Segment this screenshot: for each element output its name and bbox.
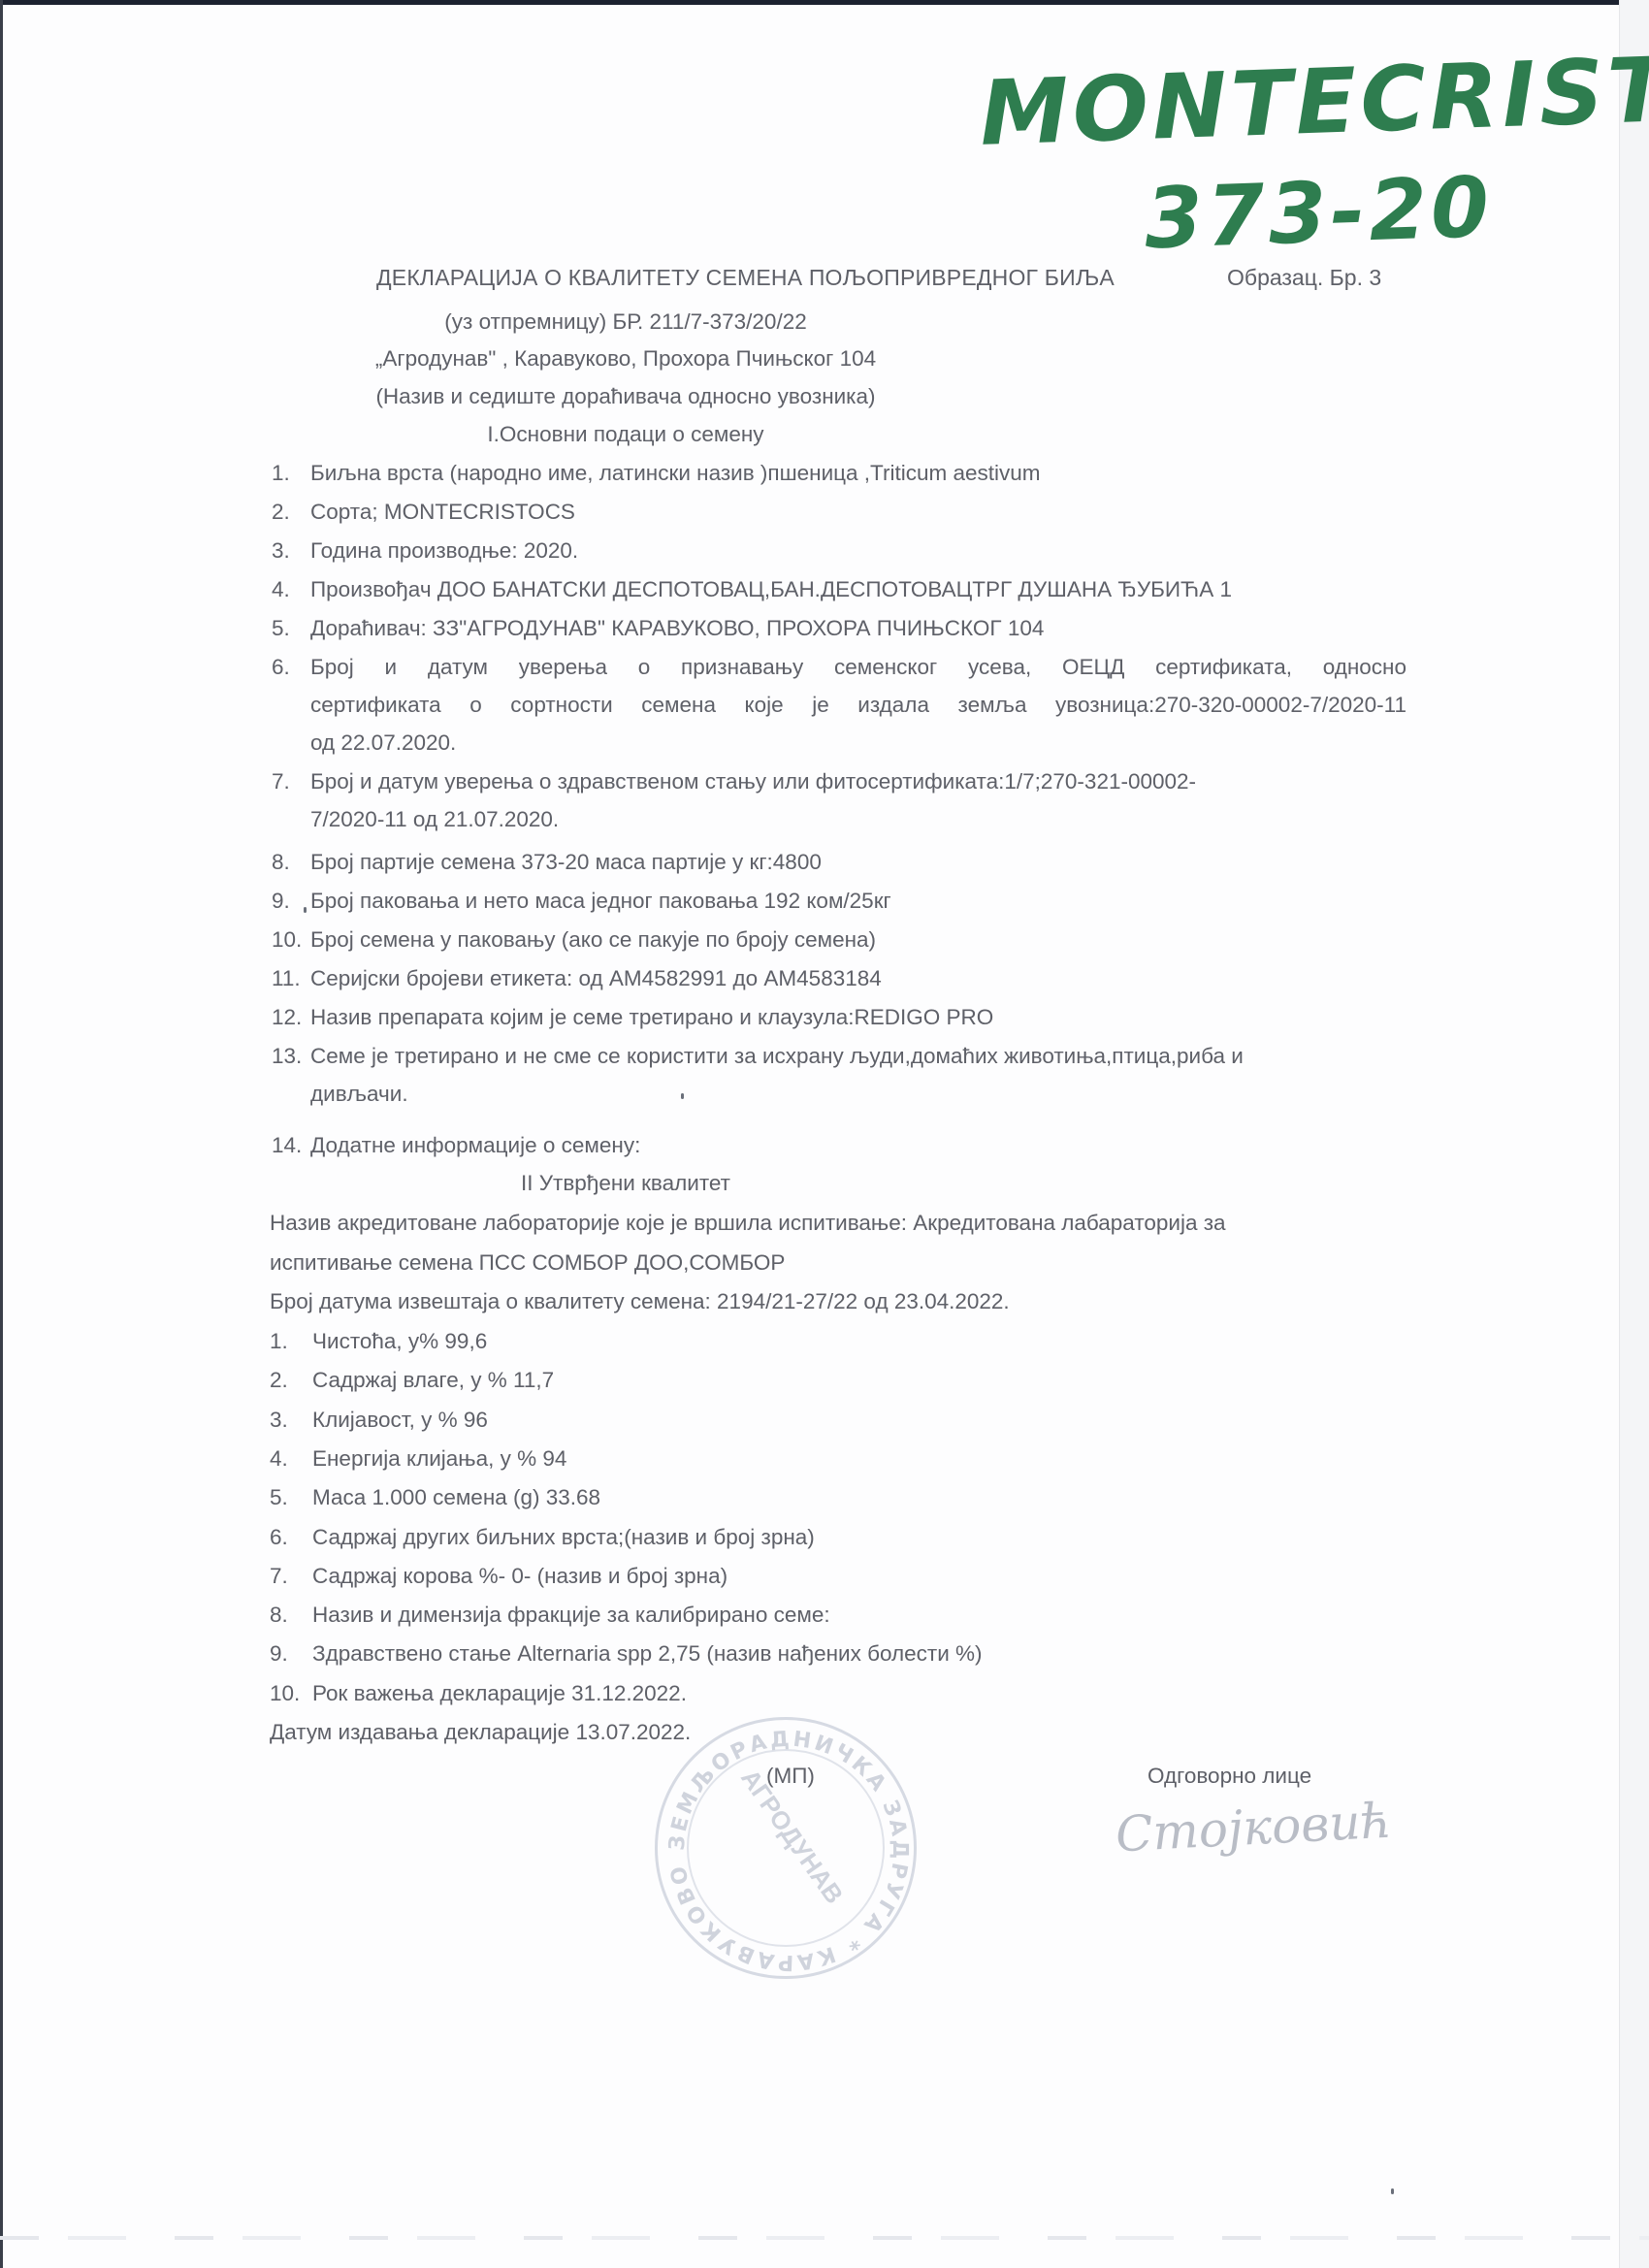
responsible-person-label: Одговорно лице (1148, 1766, 1311, 1788)
quality-item-text: Рок важења декларације 31.12.2022. (312, 1683, 687, 1705)
scan-edge-top (0, 0, 1649, 5)
section1-item-text: Сорта; MONTECRISTOCS (310, 502, 575, 524)
quality-item-number: 7. (270, 1566, 288, 1588)
section1-item-number: 9. (272, 891, 290, 913)
quality-item-text: Садржај влаге, у % 11,7 (312, 1370, 554, 1392)
shipment-reference: (уз отпремницу) БР. 211/7-373/20/22 (0, 311, 1251, 334)
section1-item-text: Семе је третирано и не сме се користити … (310, 1046, 1244, 1068)
section1-item-number: 7. (272, 771, 290, 794)
form-number: Образац. Бр. 3 (1227, 267, 1381, 289)
scan-speck (304, 907, 307, 913)
quality-item-number: 3. (270, 1409, 288, 1432)
section1-item-number: 5. (272, 618, 290, 640)
section1-item-number: 6. (272, 657, 290, 679)
section1-item-number: 11. (272, 968, 301, 990)
section1-item-number: 1. (272, 463, 290, 485)
scan-speck (1391, 2188, 1394, 2194)
scan-noise (0, 2236, 1649, 2240)
section2-title: II Утврђени квалитет (0, 1173, 1251, 1195)
seal-label: (МП) (766, 1766, 815, 1788)
section1-item-text: сертификата о сортности семена које је и… (310, 695, 1406, 717)
section1-item-text: Произвођач ДОО БАНАТСКИ ДЕСПОТОВАЦ,БАН.Д… (310, 579, 1232, 601)
quality-item-number: 2. (270, 1370, 288, 1392)
quality-item-number: 9. (270, 1643, 288, 1666)
section1-item-number: 2. (272, 502, 290, 524)
quality-item-number: 8. (270, 1604, 288, 1627)
quality-item-text: Енергија клијања, у % 94 (312, 1448, 566, 1471)
quality-item-text: Маса 1.000 семена (g) 33.68 (312, 1487, 600, 1509)
company-caption: (Назив и седиште дораћивача односно увоз… (0, 386, 1251, 408)
handwritten-variety-note: MONTECRISTO (978, 35, 1649, 166)
quality-item-text: Чистоћа, у% 99,6 (312, 1331, 487, 1353)
lab-name-line2: испитивање семена ПСС СОМБОР ДОО,СОМБОР (270, 1252, 785, 1275)
quality-item-number: 1. (270, 1331, 288, 1353)
quality-item-number: 5. (270, 1487, 288, 1509)
section1-item-number: 3. (272, 540, 290, 563)
section1-item-text: Година производње: 2020. (310, 540, 578, 563)
section1-item-text: Дораћивач: ЗЗ"АГРОДУНАВ" КАРАВУКОВО, ПРО… (310, 618, 1044, 640)
issue-date: Датум издавања декларације 13.07.2022. (270, 1722, 691, 1744)
signature: Стојковић (1115, 1793, 1393, 1863)
report-number: Број датума извештаја о квалитету семена… (270, 1291, 1010, 1313)
quality-item-number: 10. (270, 1683, 300, 1705)
section1-item-text: Број партије семена 373-20 маса партије … (310, 852, 822, 874)
section1-item-number: 10. (272, 929, 302, 952)
quality-item-text: Назив и димензија фракције за калибриран… (312, 1604, 830, 1627)
section1-item-text: Додатне информације о семену: (310, 1135, 640, 1157)
quality-item-text: Здравствено стање Alternaria spp 2,75 (н… (312, 1643, 983, 1666)
quality-item-text: Садржај корова %- 0- (назив и број зрна) (312, 1566, 727, 1588)
quality-item-text: Садржај других биљних врста;(назив и бро… (312, 1527, 815, 1549)
section1-item-text: Серијски бројеви етикета: од АМ4582991 д… (310, 968, 882, 990)
section1-item-text: Број и датум уверења о признавању семенс… (310, 657, 1406, 679)
scan-edge-left (0, 0, 3, 2268)
lab-name-line1: Назив акредитоване лабораторије које је … (270, 1213, 1226, 1235)
section1-item-text: дивљачи. (310, 1084, 408, 1106)
document-title: ДЕКЛАРАЦИЈА О КВАЛИТЕТУ СЕМЕНА ПОЉОПРИВР… (376, 267, 1115, 289)
scan-edge-right (1619, 0, 1649, 2268)
section1-item-text: 7/2020-11 од 21.07.2020. (310, 809, 559, 831)
section1-item-number: 8. (272, 852, 290, 874)
section1-item-text: Назив препарата којим је семе третирано … (310, 1007, 993, 1029)
section1-item-text: Биљна врста (народно име, латински назив… (310, 463, 1041, 485)
scan-speck (681, 1093, 684, 1099)
section1-item-text: од 22.07.2020. (310, 732, 456, 755)
company-stamp: ЗЕМЉОРАДНИЧКА ЗАДРУГА * КАРАВУКОВО * АГР… (655, 1717, 917, 1979)
quality-item-number: 4. (270, 1448, 288, 1471)
section1-title: I.Основни подаци о семену (0, 424, 1251, 446)
handwritten-lot-note: 373-20 (1143, 159, 1494, 268)
section1-item-number: 14. (272, 1135, 302, 1157)
section1-item-text: Број семена у паковању (ако се пакује по… (310, 929, 876, 952)
company-address: „Агродунав" , Каравуково, Прохора Пчињск… (0, 348, 1251, 371)
quality-item-number: 6. (270, 1527, 288, 1549)
section1-item-number: 4. (272, 579, 290, 601)
section1-item-text: Број и датум уверења о здравственом стањ… (310, 771, 1196, 794)
section1-item-number: 12. (272, 1007, 302, 1029)
section1-item-number: 13. (272, 1046, 302, 1068)
section1-item-text: Број паковања и нето маса једног паковањ… (310, 891, 891, 913)
quality-item-text: Клијавост, у % 96 (312, 1409, 488, 1432)
